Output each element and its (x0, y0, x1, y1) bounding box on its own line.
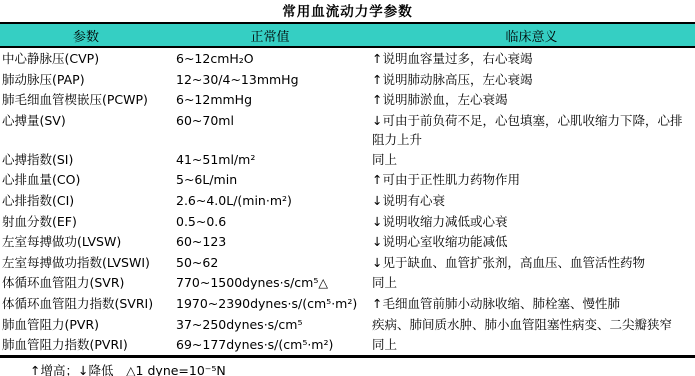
cell-normal-value: 0.5~0.6 (172, 211, 368, 231)
cell-clinical-significance: ↑可由于正性肌力药物作用 (368, 169, 695, 189)
cell-clinical-significance: ↓可由于前负荷不足，心包填塞，心肌收缩力下降，心排阻力上升 (368, 110, 695, 149)
cell-clinical-significance: ↑说明肺淤血，左心衰竭 (368, 89, 695, 109)
table-row: 肺血管阻力指数(PVRI)69~177dynes·s/(cm⁵·m²)同上 (0, 334, 695, 355)
cell-parameter: 肺毛细血管楔嵌压(PCWP) (0, 89, 172, 109)
cell-normal-value: 6~12mmHg (172, 89, 368, 109)
cell-parameter: 肺血管阻力指数(PVRI) (0, 334, 172, 354)
header-clinical-significance: 临床意义 (368, 26, 695, 45)
cell-parameter: 心搏指数(SI) (0, 149, 172, 169)
table-title: 常用血流动力学参数 (0, 0, 695, 22)
cell-parameter: 心排指数(CI) (0, 190, 172, 210)
table-row: 中心静脉压(CVP)6~12cmH₂O↑说明血容量过多，右心衰竭 (0, 48, 695, 69)
table-row: 体循环血管阻力(SVR)770~1500dynes·s/cm⁵△同上 (0, 272, 695, 293)
table-row: 肺动脉压(PAP)12~30/4~13mmHg↑说明肺动脉高压，左心衰竭 (0, 69, 695, 90)
cell-normal-value: 50~62 (172, 252, 368, 272)
cell-clinical-significance: ↑毛细血管前肺小动脉收缩、肺栓塞、慢性肺 (368, 293, 695, 313)
table-header-row: 参数 正常值 临床意义 (0, 24, 695, 48)
cell-normal-value: 69~177dynes·s/(cm⁵·m²) (172, 334, 368, 354)
cell-parameter: 心排血量(CO) (0, 169, 172, 189)
cell-parameter: 中心静脉压(CVP) (0, 48, 172, 68)
cell-normal-value: 60~123 (172, 231, 368, 251)
hemodynamics-table: 参数 正常值 临床意义 中心静脉压(CVP)6~12cmH₂O↑说明血容量过多，… (0, 22, 695, 358)
cell-clinical-significance: ↑说明血容量过多，右心衰竭 (368, 48, 695, 68)
cell-normal-value: 37~250dynes·s/cm⁵ (172, 314, 368, 334)
cell-clinical-significance: ↓见于缺血、血管扩张剂，高血压、血管活性药物 (368, 252, 695, 272)
cell-normal-value: 12~30/4~13mmHg (172, 69, 368, 89)
cell-normal-value: 41~51ml/m² (172, 149, 368, 169)
table-row: 左室每搏做功指数(LVSWI)50~62↓见于缺血、血管扩张剂，高血压、血管活性… (0, 252, 695, 273)
table-row: 肺血管阻力(PVR)37~250dynes·s/cm⁵疾病、肺间质水肿、肺小血管… (0, 314, 695, 335)
cell-parameter: 左室每搏做功指数(LVSWI) (0, 252, 172, 272)
cell-normal-value: 60~70ml (172, 110, 368, 130)
cell-parameter: 体循环血管阻力(SVR) (0, 272, 172, 292)
cell-clinical-significance: ↑说明肺动脉高压，左心衰竭 (368, 69, 695, 89)
cell-parameter: 肺血管阻力(PVR) (0, 314, 172, 334)
cell-parameter: 体循环血管阻力指数(SVRI) (0, 293, 172, 313)
table-body: 中心静脉压(CVP)6~12cmH₂O↑说明血容量过多，右心衰竭肺动脉压(PAP… (0, 48, 695, 355)
page: 常用血流动力学参数 参数 正常值 临床意义 中心静脉压(CVP)6~12cmH₂… (0, 0, 695, 376)
cell-normal-value: 1970~2390dynes·s/(cm⁵·m²) (172, 293, 368, 313)
cell-parameter: 射血分数(EF) (0, 211, 172, 231)
table-row: 心排指数(CI)2.6~4.0L/(min·m²)↓说明有心衰 (0, 190, 695, 211)
table-row: 体循环血管阻力指数(SVRI)1970~2390dynes·s/(cm⁵·m²)… (0, 293, 695, 314)
table-row: 心搏量(SV)60~70ml↓可由于前负荷不足，心包填塞，心肌收缩力下降，心排阻… (0, 110, 695, 149)
header-parameter: 参数 (0, 26, 172, 45)
table-row: 肺毛细血管楔嵌压(PCWP)6~12mmHg↑说明肺淤血，左心衰竭 (0, 89, 695, 110)
header-normal-value: 正常值 (172, 26, 368, 45)
cell-clinical-significance: ↓说明收缩力减低或心衰 (368, 211, 695, 231)
cell-normal-value: 5~6L/min (172, 169, 368, 189)
table-row: 心排血量(CO)5~6L/min↑可由于正性肌力药物作用 (0, 169, 695, 190)
cell-clinical-significance: ↓说明心室收缩功能减低 (368, 231, 695, 251)
footnote: ↑增高；↓降低 △1 dyne=10⁻⁵N (0, 358, 695, 376)
cell-normal-value: 2.6~4.0L/(min·m²) (172, 190, 368, 210)
cell-clinical-significance: 疾病、肺间质水肿、肺小血管阻塞性病变、二尖瓣狭窄 (368, 314, 695, 334)
cell-parameter: 心搏量(SV) (0, 110, 172, 130)
cell-parameter: 肺动脉压(PAP) (0, 69, 172, 89)
cell-clinical-significance: 同上 (368, 272, 695, 292)
cell-clinical-significance: 同上 (368, 334, 695, 354)
cell-normal-value: 770~1500dynes·s/cm⁵△ (172, 272, 368, 292)
cell-clinical-significance: 同上 (368, 149, 695, 169)
table-row: 左室每搏做功(LVSW)60~123↓说明心室收缩功能减低 (0, 231, 695, 252)
cell-normal-value: 6~12cmH₂O (172, 48, 368, 68)
cell-parameter: 左室每搏做功(LVSW) (0, 231, 172, 251)
table-row: 射血分数(EF)0.5~0.6↓说明收缩力减低或心衰 (0, 211, 695, 232)
cell-clinical-significance: ↓说明有心衰 (368, 190, 695, 210)
table-row: 心搏指数(SI)41~51ml/m²同上 (0, 149, 695, 170)
